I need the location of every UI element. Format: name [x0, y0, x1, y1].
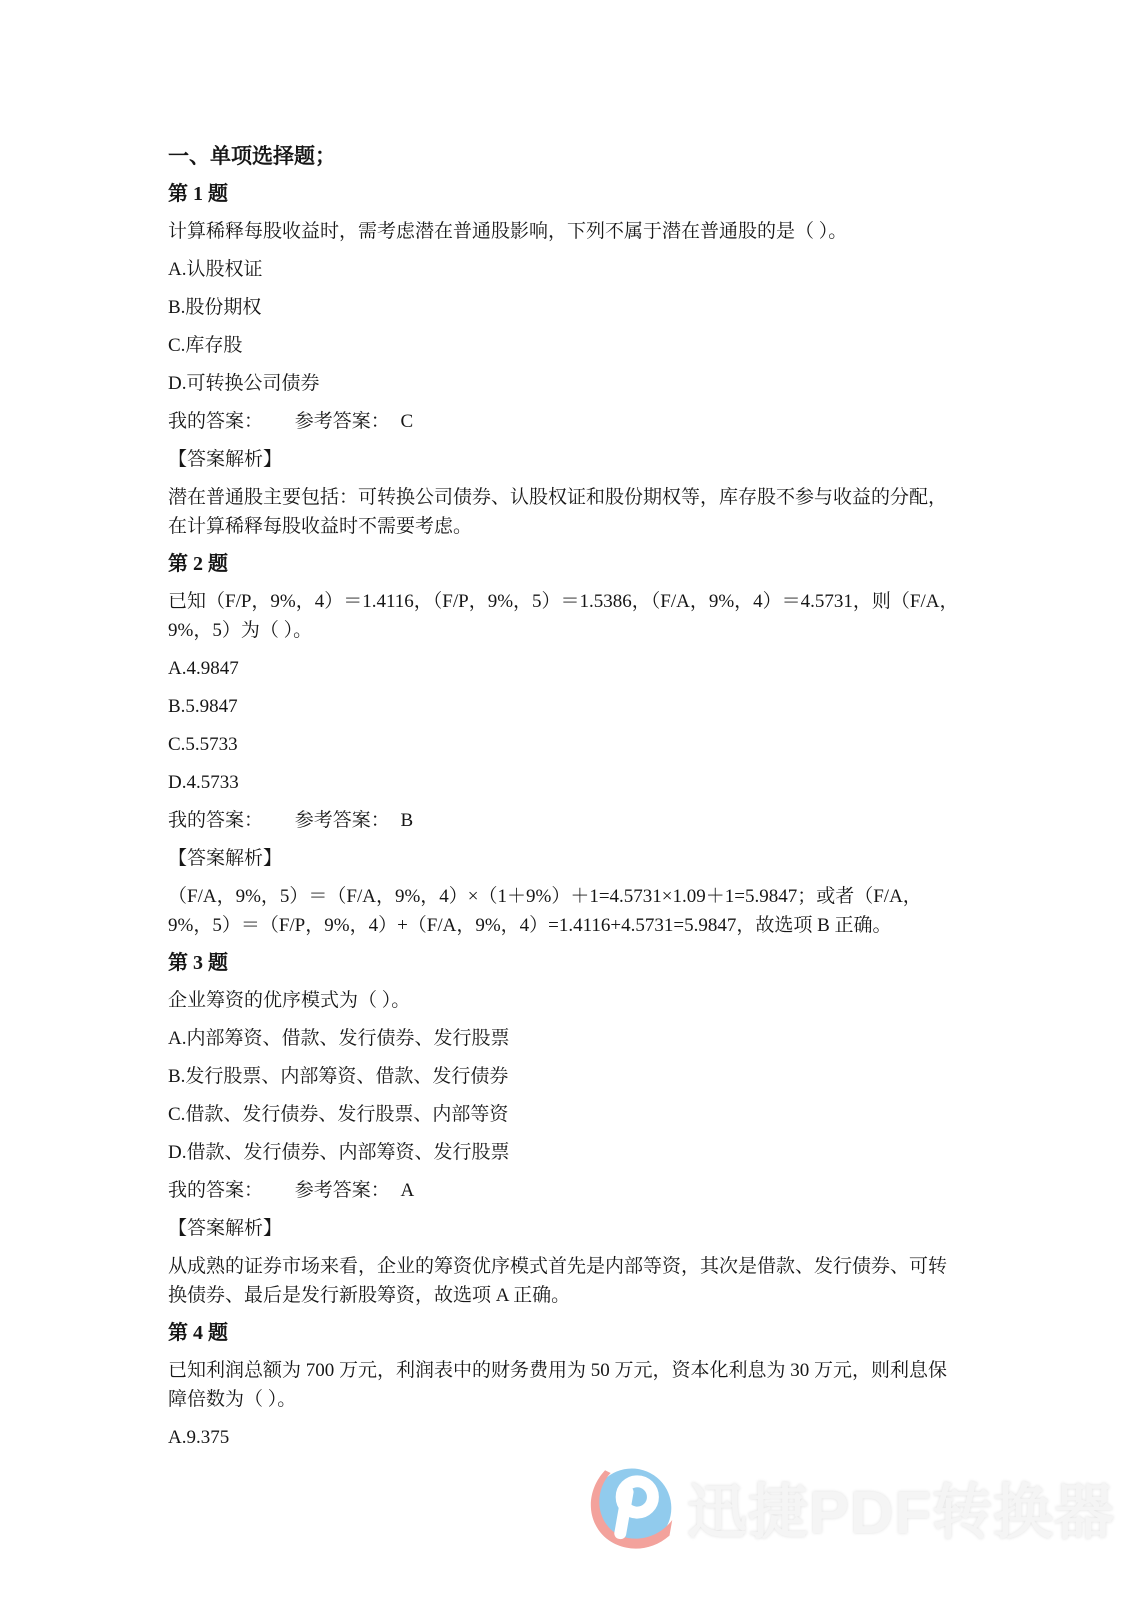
option: A.内部筹资、借款、发行债券、发行股票	[168, 1024, 963, 1053]
question-block: 第 1 题 计算稀释每股收益时，需考虑潜在普通股影响，下列不属于潜在普通股的是（…	[168, 180, 963, 541]
ref-answer-label: 参考答案：	[295, 411, 390, 432]
analysis-text: （F/A，9%，5）＝（F/A，9%，4）×（1＋9%）＋1=4.5731×1.…	[168, 882, 963, 940]
analysis-heading: 【答案解析】	[168, 844, 963, 873]
analysis-text: 潜在普通股主要包括：可转换公司债券、认股权证和股份期权等，库存股不参与收益的分配…	[168, 483, 963, 541]
question-stem: 计算稀释每股收益时，需考虑潜在普通股影响，下列不属于潜在普通股的是（ ）。	[168, 217, 963, 246]
logo-circle	[592, 1468, 671, 1547]
question-number: 第 2 题	[168, 550, 963, 578]
my-answer-label: 我的答案：	[168, 411, 263, 432]
option: C.借款、发行债券、发行股票、内部等资	[168, 1100, 963, 1129]
options-list: A.9.375	[168, 1423, 963, 1452]
option: D.可转换公司债券	[168, 369, 963, 398]
options-list: A.认股权证B.股份期权C.库存股D.可转换公司债券	[168, 255, 963, 398]
my-answer-label: 我的答案：	[168, 810, 263, 831]
analysis-text: 从成熟的证券市场来看，企业的筹资优序模式首先是内部等资，其次是借款、发行债券、可…	[168, 1252, 963, 1310]
ref-answer-value: B	[401, 810, 414, 831]
watermark-text: 迅捷PDF转换器	[687, 1465, 1115, 1551]
option: C.5.5733	[168, 730, 963, 759]
question-block: 第 4 题 已知利润总额为 700 万元，利润表中的财务费用为 50 万元，资本…	[168, 1319, 963, 1452]
answer-line: 我的答案： 参考答案： C	[168, 407, 963, 436]
question-stem: 已知（F/P，9%，4）＝1.4116，（F/P，9%，5）＝1.5386，（F…	[168, 587, 963, 645]
question-block: 第 3 题 企业筹资的优序模式为（ ）。 A.内部筹资、借款、发行债券、发行股票…	[168, 949, 963, 1310]
option: D.4.5733	[168, 768, 963, 797]
question-number: 第 3 题	[168, 949, 963, 977]
option: B.股份期权	[168, 293, 963, 322]
question-block: 第 2 题 已知（F/P，9%，4）＝1.4116，（F/P，9%，5）＝1.5…	[168, 550, 963, 940]
options-list: A.4.9847B.5.9847C.5.5733D.4.5733	[168, 654, 963, 797]
option: A.4.9847	[168, 654, 963, 683]
ref-answer-label: 参考答案：	[295, 1180, 390, 1201]
options-list: A.内部筹资、借款、发行债券、发行股票B.发行股票、内部筹资、借款、发行债券C.…	[168, 1024, 963, 1167]
analysis-heading: 【答案解析】	[168, 1214, 963, 1243]
logo-letter-p-stem	[613, 1485, 634, 1540]
questions-container: 第 1 题 计算稀释每股收益时，需考虑潜在普通股影响，下列不属于潜在普通股的是（…	[168, 180, 963, 1452]
watermark: 迅捷PDF转换器	[583, 1462, 1115, 1554]
ref-answer-value: A	[401, 1180, 415, 1201]
option: C.库存股	[168, 331, 963, 360]
ref-answer-label: 参考答案：	[295, 810, 390, 831]
analysis-heading: 【答案解析】	[168, 445, 963, 474]
pdf-converter-logo-icon	[583, 1462, 675, 1554]
option: A.认股权证	[168, 255, 963, 284]
option: D.借款、发行债券、内部筹资、发行股票	[168, 1138, 963, 1167]
answer-line: 我的答案： 参考答案： B	[168, 806, 963, 835]
question-number: 第 4 题	[168, 1319, 963, 1347]
question-stem: 企业筹资的优序模式为（ ）。	[168, 986, 963, 1015]
option: B.5.9847	[168, 692, 963, 721]
question-number: 第 1 题	[168, 180, 963, 208]
answer-line: 我的答案： 参考答案： A	[168, 1176, 963, 1205]
question-stem: 已知利润总额为 700 万元，利润表中的财务费用为 50 万元，资本化利息为 3…	[168, 1356, 963, 1414]
my-answer-label: 我的答案：	[168, 1180, 263, 1201]
logo-ribbon	[591, 1470, 672, 1548]
option: A.9.375	[168, 1423, 963, 1452]
document-page: 一、单项选择题； 第 1 题 计算稀释每股收益时，需考虑潜在普通股影响，下列不属…	[0, 0, 1131, 1452]
logo-letter-p-bowl	[622, 1481, 653, 1512]
section-title: 一、单项选择题；	[168, 141, 963, 171]
ref-answer-value: C	[401, 411, 414, 432]
option: B.发行股票、内部筹资、借款、发行债券	[168, 1062, 963, 1091]
